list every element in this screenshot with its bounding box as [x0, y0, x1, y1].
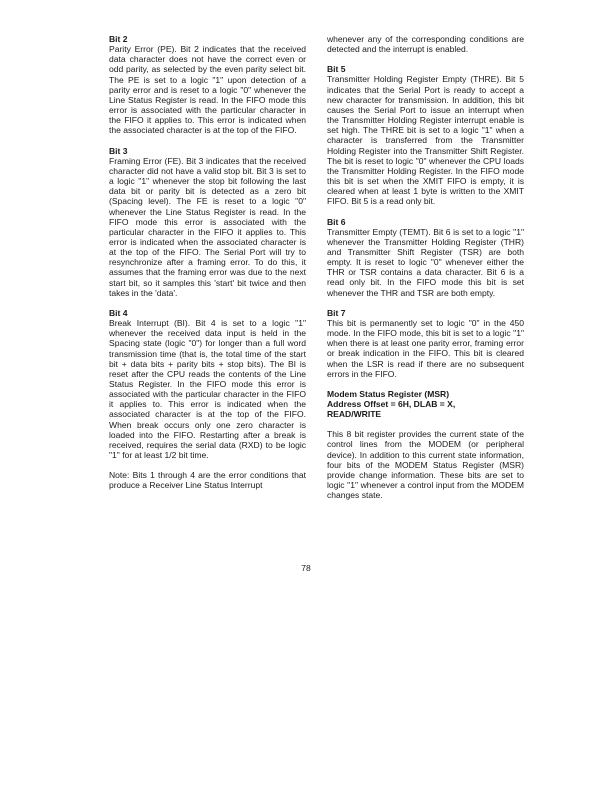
section-bit-5: Bit 5 Transmitter Holding Register Empty… [327, 64, 524, 206]
section-text: Parity Error (PE). Bit 2 indicates that … [109, 44, 306, 135]
continuation: whenever any of the corresponding condit… [327, 34, 524, 54]
section-heading: Bit 7 [327, 308, 524, 318]
section-text: Transmitter Holding Register Empty (THRE… [327, 74, 524, 206]
section-heading: Bit 4 [109, 308, 306, 318]
section-text: Transmitter Empty (TEMT). Bit 6 is set t… [327, 227, 524, 298]
section-text: Break Interrupt (BI). Bit 4 is set to a … [109, 318, 306, 460]
section-bit-4: Bit 4 Break Interrupt (BI). Bit 4 is set… [109, 308, 306, 460]
note: Note: Bits 1 through 4 are the error con… [109, 470, 306, 490]
note-text: Note: Bits 1 through 4 are the error con… [109, 470, 306, 490]
section-msr: Modem Status Register (MSR) Address Offs… [327, 389, 524, 501]
section-text: This bit is permanently set to logic "0"… [327, 318, 524, 379]
msr-title-line-2: Address Offset = 6H, DLAB = X, [327, 399, 524, 409]
section-text: Framing Error (FE). Bit 3 indicates that… [109, 156, 306, 298]
continuation-text: whenever any of the corresponding condit… [327, 34, 524, 54]
section-heading: Bit 5 [327, 64, 524, 74]
section-bit-6: Bit 6 Transmitter Empty (TEMT). Bit 6 is… [327, 217, 524, 298]
section-bit-2: Bit 2 Parity Error (PE). Bit 2 indicates… [109, 34, 306, 136]
page-number: 78 [0, 563, 612, 573]
section-heading: Bit 6 [327, 217, 524, 227]
section-heading: Bit 3 [109, 146, 306, 156]
section-bit-3: Bit 3 Framing Error (FE). Bit 3 indicate… [109, 146, 306, 298]
section-heading: Bit 2 [109, 34, 306, 44]
msr-title-line-1: Modem Status Register (MSR) [327, 389, 524, 399]
right-column: whenever any of the corresponding condit… [327, 34, 524, 510]
msr-title-line-3: READ/WRITE [327, 409, 524, 419]
left-column: Bit 2 Parity Error (PE). Bit 2 indicates… [109, 34, 306, 501]
section-bit-7: Bit 7 This bit is permanently set to log… [327, 308, 524, 379]
msr-text: This 8 bit register provides the current… [327, 429, 524, 500]
